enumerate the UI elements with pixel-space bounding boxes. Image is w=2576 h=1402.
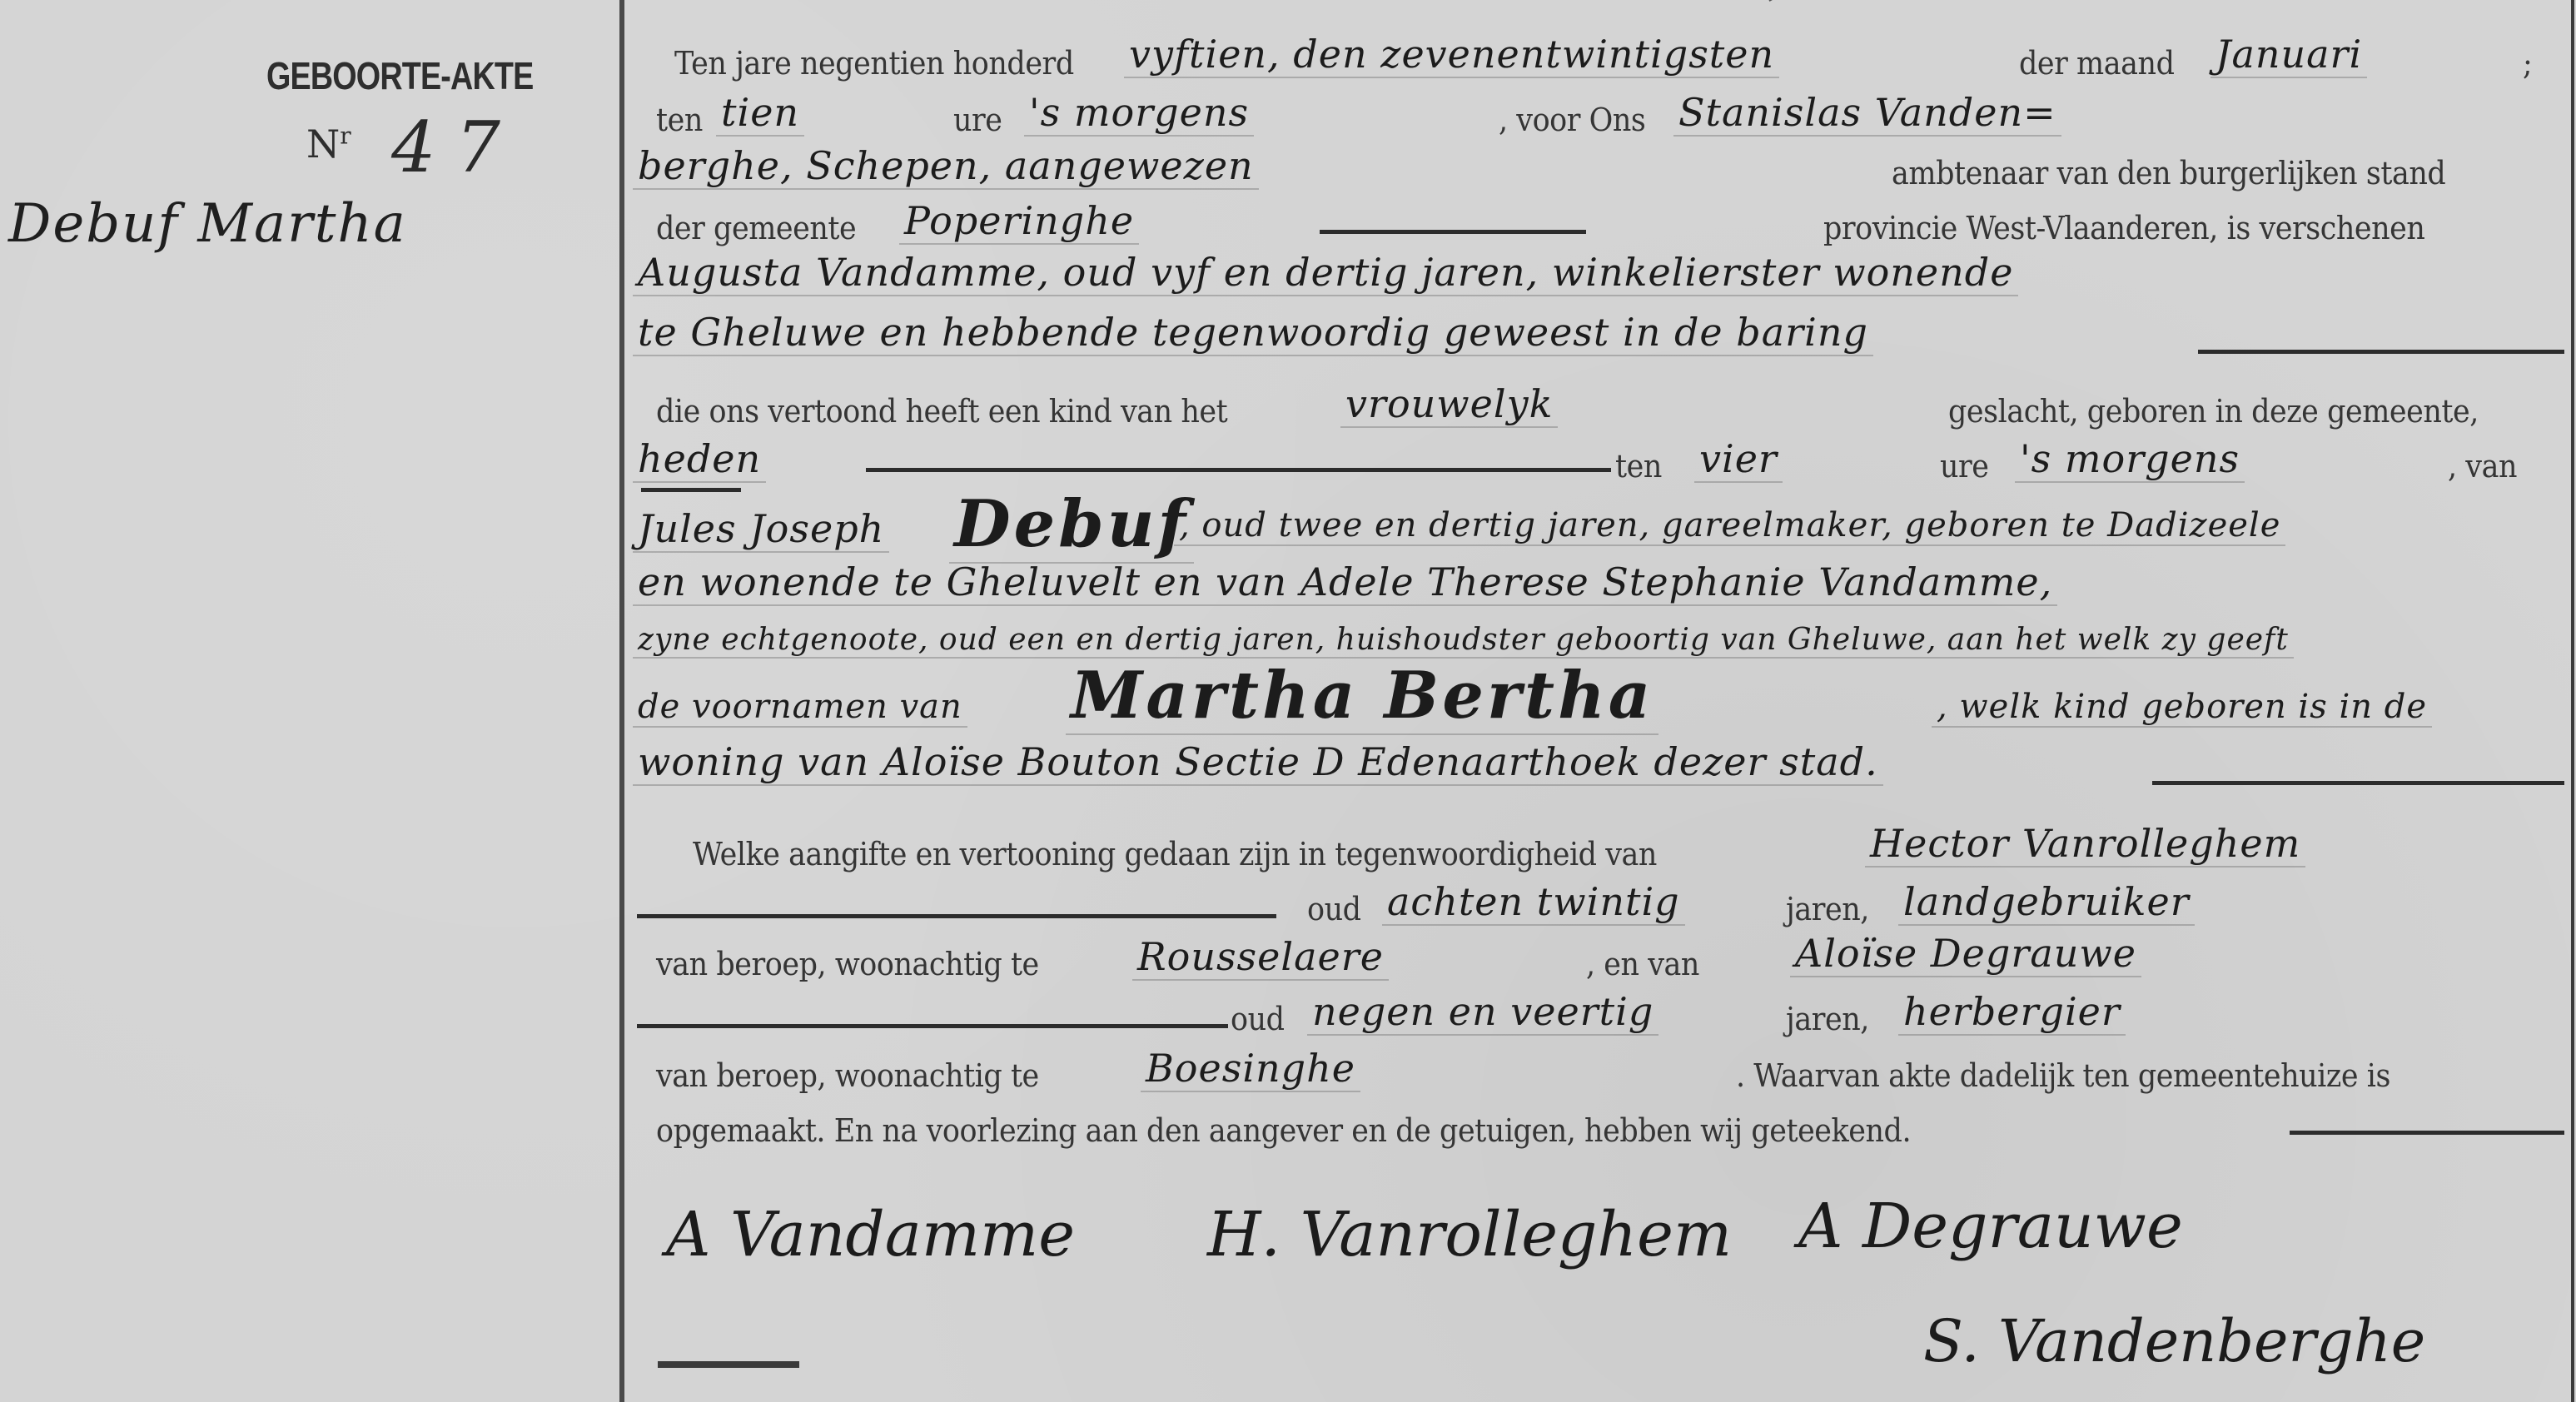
body-line-4: der gemeente Poperinghe provincie West-V… xyxy=(633,198,2564,256)
printed-text: . Waarvan akte dadelijk ten gemeentehuiz… xyxy=(1736,1057,2390,1094)
margin-child-name: Debuf Martha xyxy=(8,193,407,255)
printed-text: die ons vertoond heeft een kind van het xyxy=(656,393,1227,430)
fill-rule xyxy=(866,468,1611,472)
handwritten-mother-details: zyne echtgenoote, oud een en dertig jare… xyxy=(633,623,2294,659)
handwritten-witness-2-occupation: herbergier xyxy=(1898,989,2126,1036)
body-line-16: van beroep, woonachtig te Rousselaere , … xyxy=(633,934,2564,992)
printed-text: der gemeente xyxy=(656,210,856,246)
body-line-8: heden ten vier ure 's morgens , van xyxy=(633,436,2564,495)
handwritten-date: vyftien, den zevenentwintigsten xyxy=(1124,32,1779,78)
margin-divider xyxy=(619,0,624,1402)
handwritten-official-name: Stanislas Vanden= xyxy=(1673,90,2061,137)
body-line-1: Ten jare negentien honderd vyftien, den … xyxy=(633,32,2564,90)
handwritten-mother-name: en wonende te Gheluvelt en van Adele The… xyxy=(633,559,2057,606)
printed-text: ure xyxy=(953,102,1002,138)
fill-rule xyxy=(637,914,1276,918)
printed-text: oud xyxy=(1307,891,1361,927)
body-line-17: oud negen en veertig jaren, herbergier xyxy=(633,989,2564,1047)
handwritten-father-details: , oud twee en dertig jaren, gareelmaker,… xyxy=(1174,506,2285,546)
printed-text: der maand xyxy=(2019,45,2174,82)
printed-text: ten xyxy=(1615,448,1662,485)
signature-official: S. Vandenberghe xyxy=(1923,1307,2425,1375)
handwritten-birth-place: woning van Aloïse Bouton Sectie D Edenaa… xyxy=(633,739,1883,786)
body-line-6: te Gheluwe en hebbende tegenwoordig gewe… xyxy=(633,310,2564,368)
margin-column: GEBOORTE-AKTE Nr 47 Debuf Martha xyxy=(0,0,619,1402)
handwritten-text: , welk kind geboren is in de xyxy=(1932,688,2432,728)
printed-text: Welke aangifte en vertooning gedaan zijn… xyxy=(693,836,1657,873)
number-label-text: N xyxy=(306,122,340,167)
handwritten-text: de voornamen van xyxy=(633,688,967,728)
printed-text: van beroep, woonachtig te xyxy=(656,1057,1039,1094)
handwritten-birth-day: heden xyxy=(633,436,766,483)
fill-rule xyxy=(1320,230,1586,234)
handwritten-father-surname: Debuf xyxy=(949,486,1194,564)
printed-text: jaren, xyxy=(1786,1001,1869,1037)
fill-rule xyxy=(637,1024,1228,1028)
fill-rule xyxy=(2290,1131,2564,1135)
handwritten-witness-2-residence: Boesinghe xyxy=(1141,1046,1360,1092)
printed-text: Ten jare negentien honderd xyxy=(674,45,1074,82)
handwritten-father-given-names: Jules Joseph xyxy=(633,506,889,553)
printed-text: ambtenaar van den burgerlijken stand xyxy=(1892,155,2445,191)
handwritten-declarant: Augusta Vandamme, oud vyf en dertig jare… xyxy=(633,250,2018,296)
number-label-sup: r xyxy=(340,122,351,150)
pen-stroke xyxy=(1769,0,2032,2)
handwritten-official-title: berghe, Schepen, aangewezen xyxy=(633,143,1259,190)
body-line-9: Jules Joseph Debuf , oud twee en dertig … xyxy=(633,500,2564,558)
birth-certificate-page: GEBOORTE-AKTE Nr 47 Debuf Martha Ten jar… xyxy=(0,0,2576,1402)
printed-text: jaren, xyxy=(1786,891,1869,927)
handwritten-time-of-day: 's morgens xyxy=(1024,90,1254,137)
handwritten-birth-hour: vier xyxy=(1694,436,1783,483)
signature-witness-1: H. Vanrolleghem xyxy=(1207,1199,1732,1270)
fill-rule xyxy=(641,488,741,492)
certificate-number: 47 xyxy=(391,107,520,188)
printed-text: oud xyxy=(1231,1001,1285,1037)
printed-text: , en van xyxy=(1586,946,1699,982)
handwritten-hour: tien xyxy=(716,90,804,137)
handwritten-child-given-names: Martha Bertha xyxy=(1066,658,1658,735)
fill-rule xyxy=(2198,350,2564,354)
handwritten-witness-2-age: negen en veertig xyxy=(1307,989,1658,1036)
body-line-15: oud achten twintig jaren, landgebruiker xyxy=(633,879,2564,937)
handwritten-witness-2-name: Aloïse Degrauwe xyxy=(1790,931,2141,977)
printed-text: geslacht, geboren in deze gemeente, xyxy=(1948,393,2479,430)
handwritten-witness-1-age: achten twintig xyxy=(1382,879,1685,926)
handwritten-declarant-residence: te Gheluwe en hebbende tegenwoordig gewe… xyxy=(633,310,1873,356)
body-line-10: en wonende te Gheluvelt en van Adele The… xyxy=(633,559,2564,618)
body-line-5: Augusta Vandamme, oud vyf en dertig jare… xyxy=(633,250,2564,308)
handwritten-witness-1-name: Hector Vanrolleghem xyxy=(1865,821,2305,868)
signature-declarant: A Vandamme xyxy=(666,1199,1075,1270)
handwritten-sex: vrouwelyk xyxy=(1340,381,1558,428)
handwritten-month: Januari xyxy=(2210,32,2367,78)
printed-text: ure xyxy=(1940,448,1989,485)
body-line-12: de voornamen van Martha Bertha , welk ki… xyxy=(633,674,2564,733)
number-label: Nr xyxy=(306,122,351,167)
handwritten-witness-1-occupation: landgebruiker xyxy=(1898,879,2195,926)
closing-rule xyxy=(658,1361,799,1368)
printed-text: , voor Ons xyxy=(1499,102,1645,138)
printed-text: van beroep, woonachtig te xyxy=(656,946,1039,982)
signature-witness-2: A Degrauwe xyxy=(1798,1191,2183,1262)
body-line-13: woning van Aloïse Bouton Sectie D Edenaa… xyxy=(633,739,2564,798)
handwritten-municipality: Poperinghe xyxy=(899,198,1139,245)
body-line-3: berghe, Schepen, aangewezen ambtenaar va… xyxy=(633,143,2564,201)
printed-text: ; xyxy=(2523,45,2532,82)
handwritten-witness-1-residence: Rousselaere xyxy=(1132,934,1389,981)
printed-text: provincie West-Vlaanderen, is verschenen xyxy=(1823,210,2424,246)
printed-text: , van xyxy=(2448,448,2517,485)
body-line-2: ten tien ure 's morgens , voor Ons Stani… xyxy=(633,90,2564,148)
printed-text: opgemaakt. En na voorlezing aan den aang… xyxy=(656,1112,1911,1149)
body-line-19: opgemaakt. En na voorlezing aan den aang… xyxy=(633,1101,2564,1159)
fill-rule xyxy=(2152,781,2564,785)
document-title: GEBOORTE-AKTE xyxy=(266,53,533,98)
body-line-7: die ons vertoond heeft een kind van het … xyxy=(633,381,2564,440)
handwritten-time-of-day: 's morgens xyxy=(2015,436,2245,483)
body-line-18: van beroep, woonachtig te Boesinghe . Wa… xyxy=(633,1046,2564,1104)
body-line-14: Welke aangifte en vertooning gedaan zijn… xyxy=(633,824,2564,882)
page-right-edge xyxy=(2571,0,2574,1402)
printed-text: ten xyxy=(656,102,703,138)
